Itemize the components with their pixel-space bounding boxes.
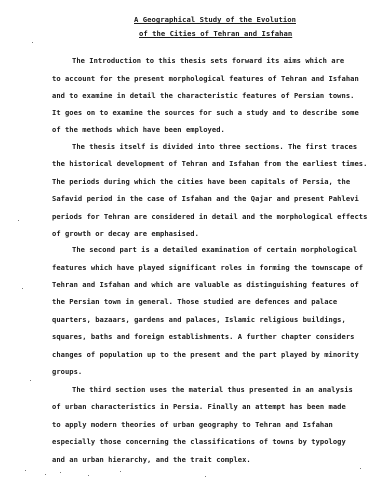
text-line: squares, baths and foreign establishment… bbox=[52, 332, 354, 341]
text-line: groups. bbox=[52, 367, 82, 376]
text-line: of urban characteristics in Persia. Fina… bbox=[52, 402, 346, 411]
text-line: The thesis itself is divided into three … bbox=[72, 142, 357, 151]
text-line: especially those concerning the classifi… bbox=[52, 437, 346, 446]
text-line: Tehran and Isfahan and which are valuabl… bbox=[52, 280, 359, 289]
text-line: the Persian town in general. Those studi… bbox=[52, 297, 337, 306]
text-line: the historical development of Tehran and… bbox=[52, 159, 367, 168]
text-line: Safavid period in the case of Isfahan an… bbox=[52, 194, 359, 203]
text-line: and to examine in detail the characteris… bbox=[52, 91, 354, 100]
text-line: The second part is a detailed examinatio… bbox=[72, 245, 357, 254]
text-line: and an urban hierarchy, and the trait co… bbox=[52, 455, 251, 464]
text-line: quarters, bazaars, gardens and palaces, … bbox=[52, 315, 346, 324]
text-line: of the methods which have been employed. bbox=[52, 125, 225, 134]
title-line-1: A Geographical Study of the Evolution bbox=[134, 15, 296, 24]
text-line: features which have played significant r… bbox=[52, 263, 363, 272]
text-line: of growth or decay are emphasised. bbox=[52, 229, 199, 238]
text-line: periods for Tehran are considered in det… bbox=[52, 212, 367, 221]
text-line: to account for the present morphological… bbox=[52, 74, 359, 83]
text-line: changes of population up to the present … bbox=[52, 350, 359, 359]
text-line: The periods during which the cities have… bbox=[52, 177, 350, 186]
title-line-2: of the Cities of Tehran and Isfahan bbox=[139, 29, 292, 38]
text-line: It goes on to examine the sources for su… bbox=[52, 108, 359, 117]
text-line: The Introduction to this thesis sets for… bbox=[72, 56, 344, 65]
text-line: The third section uses the material thus… bbox=[72, 385, 353, 394]
